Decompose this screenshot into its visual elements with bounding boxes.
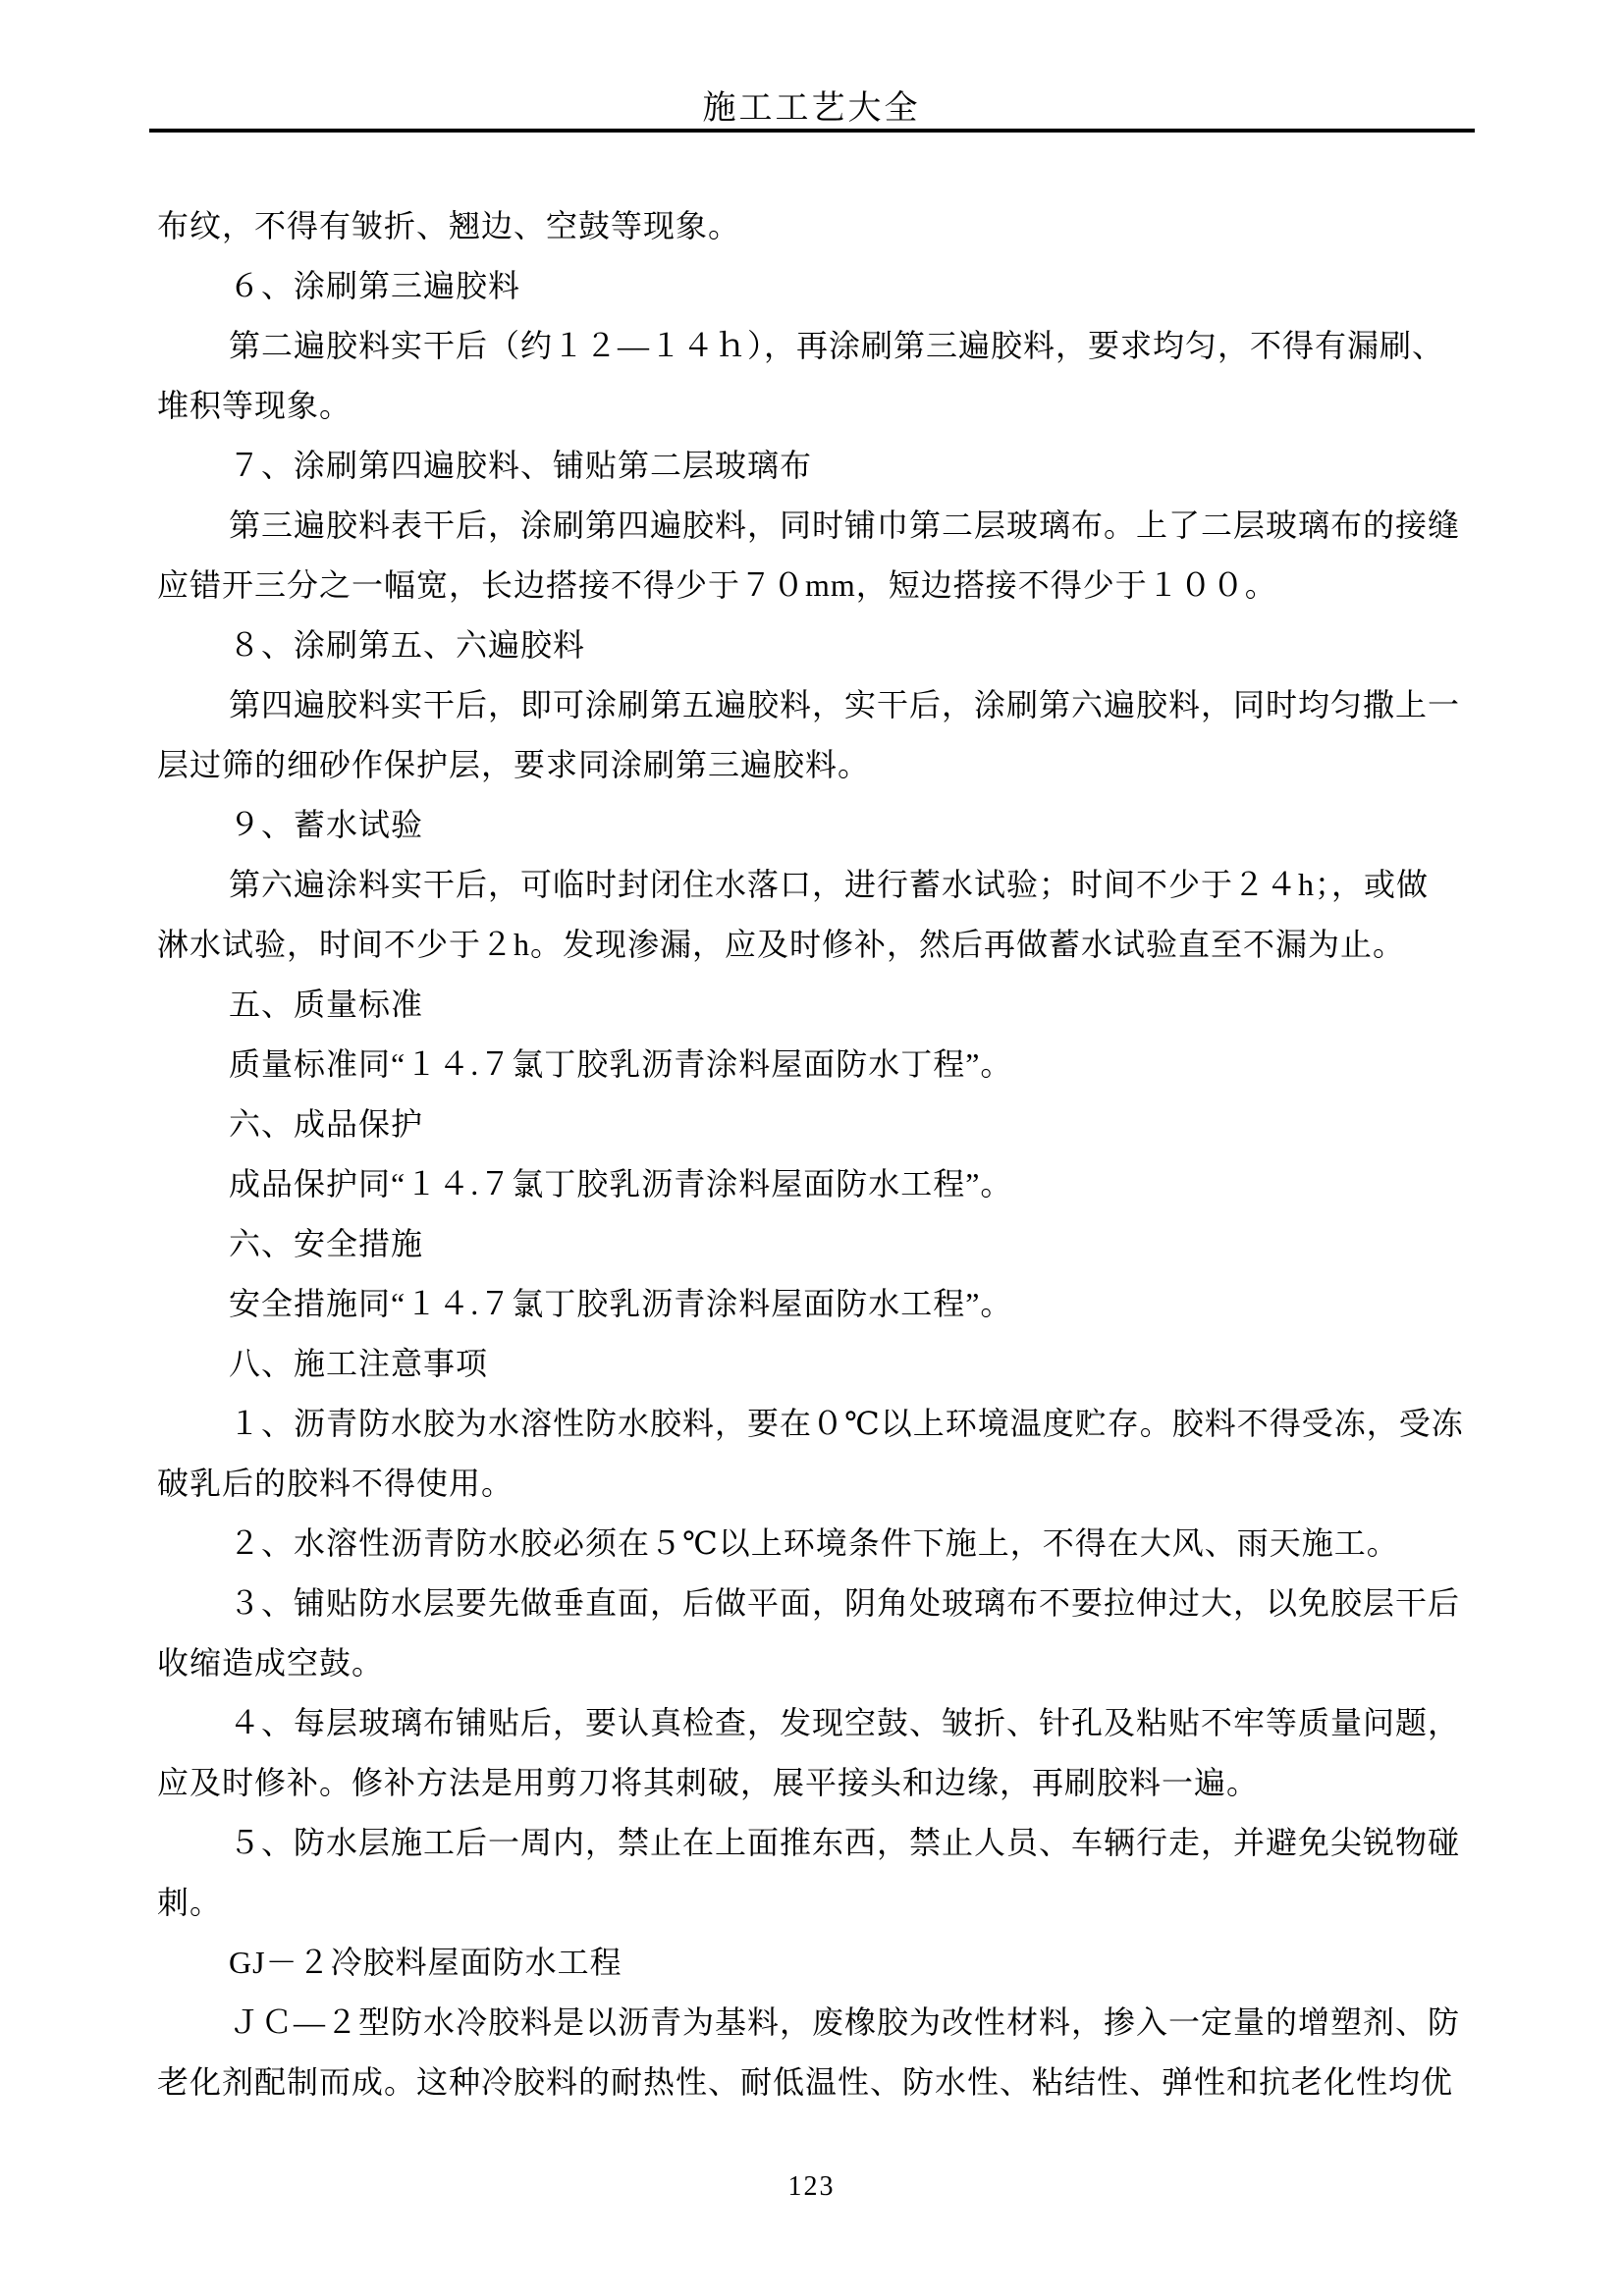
text-line: ４、每层玻璃布铺贴后，要认真检查，发现空鼓、皱折、针孔及粘贴不牢等质量问题，: [157, 1693, 1466, 1753]
text-line: 六、安全措施: [157, 1214, 1466, 1274]
page-footer: 123: [0, 2171, 1623, 2203]
text-line: 第四遍胶料实干后，即可涂刷第五遍胶料，实干后，涂刷第六遍胶料，同时均匀撒上一: [157, 675, 1466, 735]
text-line: 第三遍胶料表干后，涂刷第四遍胶料，同时铺巾第二层玻璃布。上了二层玻璃布的接缝: [157, 496, 1466, 556]
text-line: 六、成品保护: [157, 1095, 1466, 1154]
text-line: ６、涂刷第三遍胶料: [157, 256, 1466, 316]
text-line: 堆积等现象。: [157, 376, 1466, 436]
text-line: 层过筛的细砂作保护层，要求同涂刷第三遍胶料。: [157, 735, 1466, 795]
text-line: ３、铺贴防水层要先做垂直面，后做平面，阴角处玻璃布不要拉伸过大，以免胶层干后: [157, 1574, 1466, 1633]
text-line: ８、涂刷第五、六遍胶料: [157, 615, 1466, 675]
page-title: 施工工艺大全: [0, 80, 1623, 129]
text-line: 收缩造成空鼓。: [157, 1633, 1466, 1693]
text-line: 质量标准同“１４.７氯丁胶乳沥青涂料屋面防水丁程”。: [157, 1035, 1466, 1095]
text-line: ２、水溶性沥青防水胶必须在５℃以上环境条件下施上，不得在大风、雨天施工。: [157, 1514, 1466, 1574]
text-line: GJ－２冷胶料屋面防水工程: [157, 1933, 1466, 1993]
text-line: 刺。: [157, 1873, 1466, 1933]
page-number: 123: [788, 2171, 836, 2202]
text-line: 布纹，不得有皱折、翘边、空鼓等现象。: [157, 196, 1466, 256]
text-line: 破乳后的胶料不得使用。: [157, 1454, 1466, 1514]
text-line: 第六遍涂料实干后，可临时封闭住水落口，进行蓄水试验；时间不少于２４h；，或做: [157, 855, 1466, 915]
text-line: 应及时修补。修补方法是用剪刀将其刺破，展平接头和边缘，再刷胶料一遍。: [157, 1753, 1466, 1813]
text-line: 第二遍胶料实干后（约１２—１４ｈ），再涂刷第三遍胶料，要求均匀，不得有漏刷、: [157, 316, 1466, 376]
text-line: 成品保护同“１４.７氯丁胶乳沥青涂料屋面防水工程”。: [157, 1154, 1466, 1214]
text-line: 应错开三分之一幅宽，长边搭接不得少于７０mm，短边搭接不得少于１００。: [157, 556, 1466, 615]
text-line: 老化剂配制而成。这种冷胶料的耐热性、耐低温性、防水性、粘结性、弹性和抗老化性均优: [157, 2053, 1466, 2112]
text-line: ＪＣ—２型防水冷胶料是以沥青为基料，废橡胶为改性材料，掺入一定量的增塑剂、防: [157, 1993, 1466, 2053]
text-line: 淋水试验，时间不少于２h。发现渗漏，应及时修补，然后再做蓄水试验直至不漏为止。: [157, 915, 1466, 975]
text-line: 八、施工注意事项: [157, 1334, 1466, 1394]
text-line: 五、质量标准: [157, 975, 1466, 1035]
document-page: 施工工艺大全 布纹，不得有皱折、翘边、空鼓等现象。６、涂刷第三遍胶料第二遍胶料实…: [0, 0, 1623, 2296]
document-body: 布纹，不得有皱折、翘边、空鼓等现象。６、涂刷第三遍胶料第二遍胶料实干后（约１２—…: [157, 196, 1466, 2112]
text-line: 安全措施同“１４.７氯丁胶乳沥青涂料屋面防水工程”。: [157, 1274, 1466, 1334]
text-line: ７、涂刷第四遍胶料、铺贴第二层玻璃布: [157, 436, 1466, 496]
text-line: ５、防水层施工后一周内，禁止在上面推东西，禁止人员、车辆行走，并避免尖锐物碰: [157, 1813, 1466, 1873]
text-line: １、沥青防水胶为水溶性防水胶料，要在０℃以上环境温度贮存。胶料不得受冻，受冻: [157, 1394, 1466, 1454]
text-line: ９、蓄水试验: [157, 795, 1466, 855]
header-rule: [149, 129, 1475, 133]
